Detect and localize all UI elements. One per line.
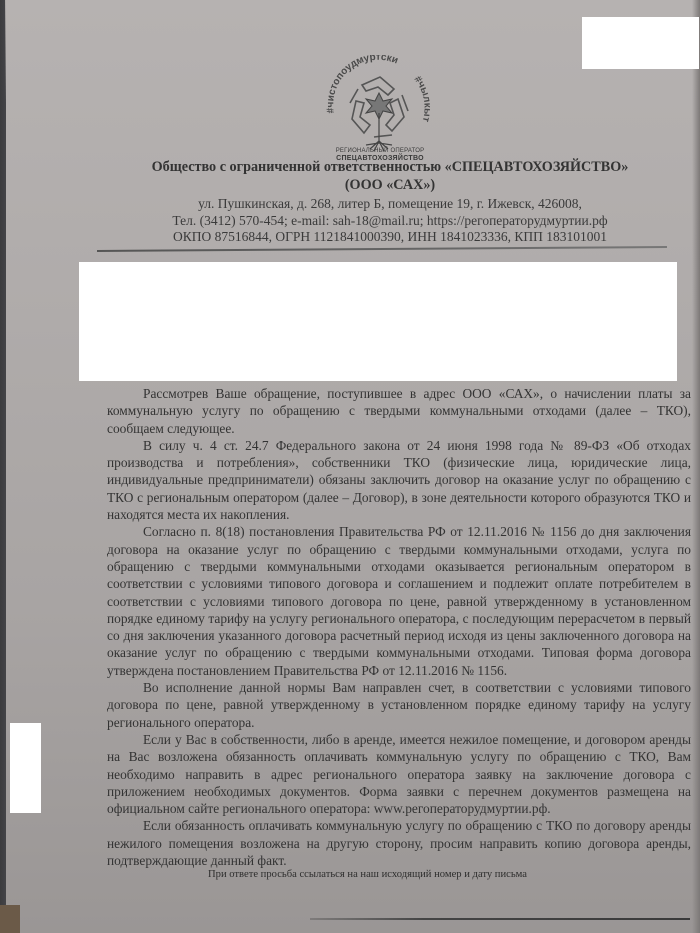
- redacted-stamp-area: [582, 17, 699, 69]
- body-paragraph: Во исполнение данной нормы Вам направлен…: [107, 679, 691, 731]
- logo-caption-line1: РЕГИОНАЛЬНЫЙ ОПЕРАТОР: [300, 147, 460, 155]
- org-registration: ОКПО 87516844, ОГРН 1121841000390, ИНН 1…: [140, 229, 640, 246]
- body-paragraph: В силу ч. 4 ст. 24.7 Федерального закона…: [107, 437, 691, 523]
- desk-corner: [0, 905, 20, 933]
- org-contacts-line: Тел. (3412) 570-454; e-mail: sah-18@mail…: [140, 213, 640, 230]
- body-paragraph: Если обязанность оплачивать коммунальную…: [107, 817, 691, 869]
- body-paragraph: Рассмотрев Ваше обращение, поступившее в…: [107, 385, 691, 437]
- redacted-addressee-area: [79, 262, 677, 381]
- redacted-margin-area: [10, 723, 41, 813]
- letterhead-title: Общество с ограниченной ответственностью…: [140, 158, 640, 194]
- letterhead-contacts: ул. Пушкинская, д. 268, литер Б, помещен…: [140, 196, 640, 246]
- body-paragraph: Если у Вас в собственности, либо в аренд…: [107, 731, 691, 817]
- body-paragraph: Согласно п. 8(18) постановления Правител…: [107, 523, 691, 679]
- logo-ring-text-right: #чылкыт: [412, 74, 433, 123]
- org-short-name: (ООО «САХ»): [140, 176, 640, 194]
- reply-reference-note: При ответе просьба ссылаться на наш исхо…: [208, 869, 608, 880]
- footer-divider: [310, 918, 690, 920]
- svg-text:#чылкыт: #чылкыт: [412, 74, 433, 123]
- page-edge-shadow: [692, 0, 700, 933]
- org-address: ул. Пушкинская, д. 268, литер Б, помещен…: [140, 196, 640, 213]
- company-logo-icon: #чистопоудмуртски #чылкыт: [322, 55, 436, 155]
- org-full-name: Общество с ограниченной ответственностью…: [140, 158, 640, 176]
- letter-body: Рассмотрев Ваше обращение, поступившее в…: [107, 385, 691, 869]
